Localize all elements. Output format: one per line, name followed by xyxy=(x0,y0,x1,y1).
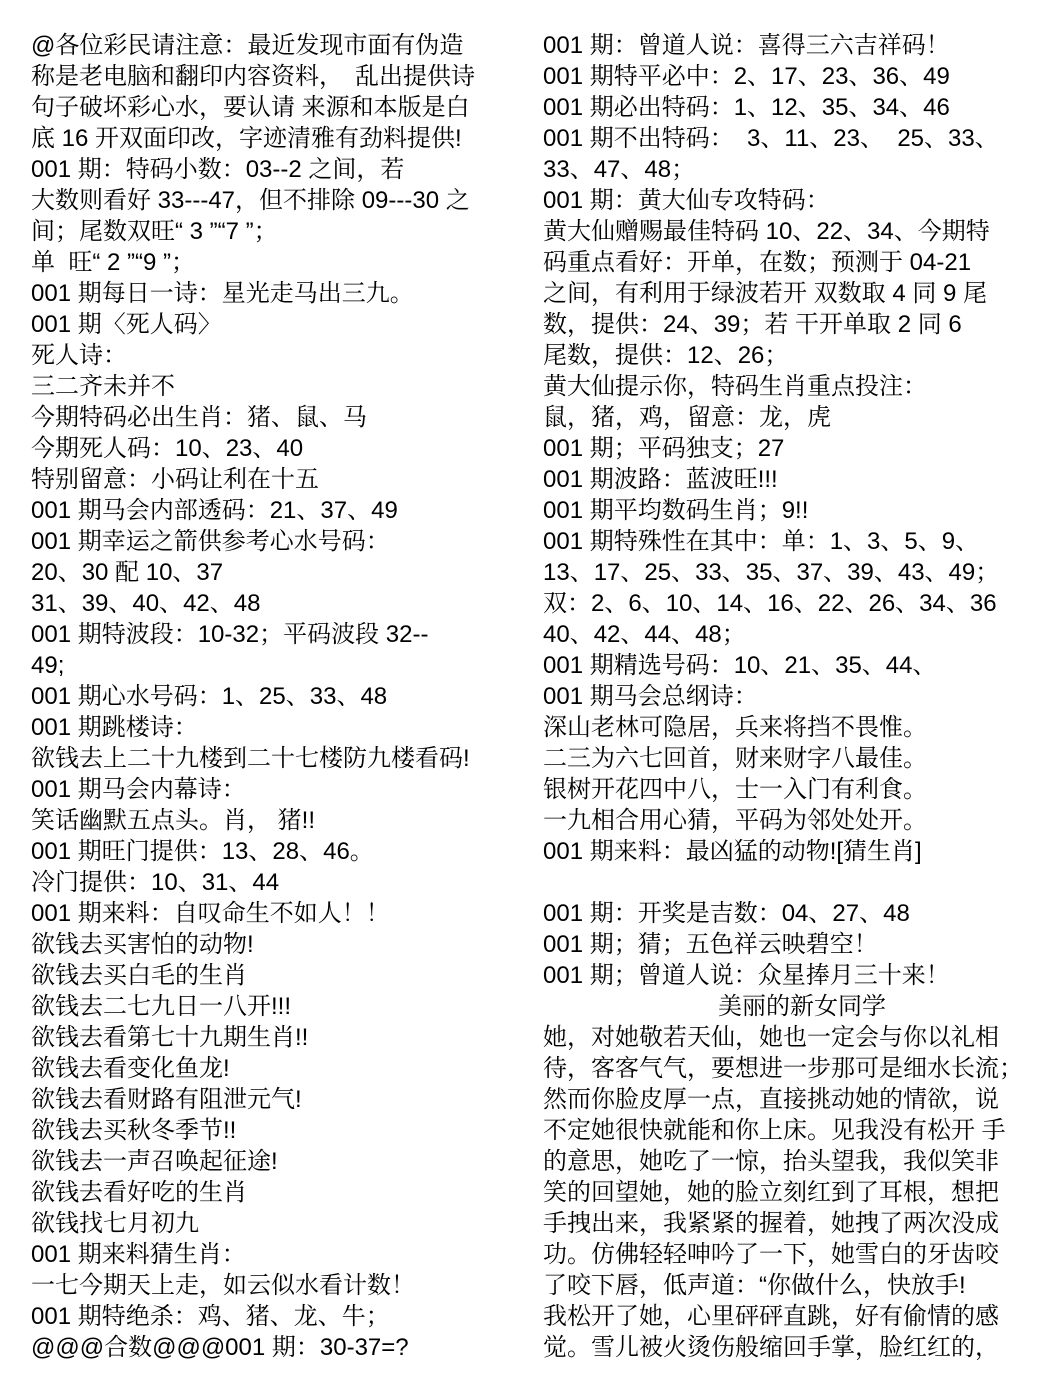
text-line: 001 期特平必中：2、17、23、36、49 xyxy=(543,61,1041,92)
text-line: 冷门提供：10、31、44 xyxy=(31,867,523,898)
text-line: 数，提供：24、39；若 干开单取 2 同 6 xyxy=(543,309,1041,340)
text-line: 欲钱去买白毛的生肖 xyxy=(31,960,523,991)
text-line: 001 期来料：最凶猛的动物![猜生肖] xyxy=(543,836,1041,867)
text-line: 001 期来料猜生肖： xyxy=(31,1239,523,1270)
poem-line: 一九相合用心猜，平码为邻处处开。 xyxy=(543,805,1041,836)
text-line: 间；尾数双旺“ 3 ”“7 ”； xyxy=(31,216,523,247)
text-line: 之间，有利用于绿波若开 双数取 4 同 9 尾 xyxy=(543,278,1041,309)
text-line: 欲钱去一声召唤起征途! xyxy=(31,1146,523,1177)
text-line: 欲钱去看第七十九期生肖!! xyxy=(31,1022,523,1053)
section-heading: 001 期〈死人码〉 xyxy=(31,309,523,340)
story-line: 待，客客气气，要想进一步那可是细水长流； xyxy=(543,1053,1041,1084)
story-line: 手拽出来，我紧紧的握着，她拽了两次没成 xyxy=(543,1208,1041,1239)
text-line: 001 期：曾道人说：喜得三六吉祥码！ xyxy=(543,30,1041,61)
text-line: 001 期：黄大仙专攻特码： xyxy=(543,185,1041,216)
text-line: 20、30 配 10、37 xyxy=(31,557,523,588)
text-line: 13、17、25、33、35、37、39、43、49； xyxy=(543,557,1041,588)
text-line: 001 期；平码独支；27 xyxy=(543,433,1041,464)
left-column: @各位彩民请注意：最近发现市面有伪造 称是老电脑和翻印内容资料， 乱出提供诗 句… xyxy=(31,30,523,1363)
text-line: 码重点看好：开单，在数；预测于 04-21 xyxy=(543,247,1041,278)
text-line: 001 期；曾道人说：众星捧月三十来！ xyxy=(543,960,1041,991)
text-line: 001 期：特码小数：03--2 之间，若 xyxy=(31,154,523,185)
text-line: 001 期跳楼诗： xyxy=(31,712,523,743)
text-line: 死人诗： xyxy=(31,340,523,371)
notice-line: 底 16 开双面印改，字迹清雅有劲料提供! xyxy=(31,123,523,154)
text-line: 欲钱去买秋冬季节!! xyxy=(31,1115,523,1146)
tip-sheet-page: @各位彩民请注意：最近发现市面有伪造 称是老电脑和翻印内容资料， 乱出提供诗 句… xyxy=(0,0,1041,1388)
text-line: 001 期：开奖是吉数：04、27、48 xyxy=(543,898,1041,929)
text-line: 001 期马会内幕诗： xyxy=(31,774,523,805)
text-line: 001 期心水号码：1、25、33、48 xyxy=(31,681,523,712)
text-line: 大数则看好 33---47，但不排除 09---30 之 xyxy=(31,185,523,216)
text-line: 双：2、6、10、14、16、22、26、34、36 xyxy=(543,588,1041,619)
text-line: 特别留意：小码让利在十五 xyxy=(31,464,523,495)
text-line: 欲钱去二七九日一八开!!! xyxy=(31,991,523,1022)
story-line: 笑的回望她，她的脸立刻红到了耳根，想把 xyxy=(543,1177,1041,1208)
text-line: 单 旺“ 2 ”“9 ”； xyxy=(31,247,523,278)
text-line: 001 期波路：蓝波旺!!! xyxy=(543,464,1041,495)
text-line: 001 期必出特码：1、12、35、34、46 xyxy=(543,92,1041,123)
text-line: 今期特码必出生肖：猪、鼠、马 xyxy=(31,402,523,433)
text-line: 001 期不出特码： 3、11、23、 25、33、 xyxy=(543,123,1041,154)
text-line: 三二齐未并不 xyxy=(31,371,523,402)
text-line: 欲钱去看财路有阻泄元气! xyxy=(31,1084,523,1115)
text-line: 001 期特殊性在其中：单：1、3、5、9、 xyxy=(543,526,1041,557)
text-line: 黄大仙赠赐最佳特码 10、22、34、今期特 xyxy=(543,216,1041,247)
text-line: 001 期；猜；五色祥云映碧空！ xyxy=(543,929,1041,960)
text-line: 尾数，提供：12、26； xyxy=(543,340,1041,371)
text-line: 001 期特绝杀：鸡、猪、龙、牛； xyxy=(31,1301,523,1332)
text-line: 鼠，猪，鸡，留意：龙，虎 xyxy=(543,402,1041,433)
text-line: 001 期每日一诗：星光走马出三九。 xyxy=(31,278,523,309)
story-line: 的意思，她吃了一惊，抬头望我，我似笑非 xyxy=(543,1146,1041,1177)
poem-line: 二三为六七回首，财来财字八最佳。 xyxy=(543,743,1041,774)
text-line: 33、47、48； xyxy=(543,154,1041,185)
story-line: 我松开了她，心里砰砰直跳，好有偷情的感 xyxy=(543,1301,1041,1332)
story-line: 然而你脸皮厚一点，直接挑动她的情欲，说 xyxy=(543,1084,1041,1115)
text-line: 欲钱去上二十九楼到二十七楼防九楼看码! xyxy=(31,743,523,774)
text-line: 001 期特波段：10-32；平码波段 32-- xyxy=(31,619,523,650)
text-line: 001 期幸运之箭供参考心水号码： xyxy=(31,526,523,557)
text-line: 001 期旺门提供：13、28、46。 xyxy=(31,836,523,867)
text-line: 欲钱找七月初九 xyxy=(31,1208,523,1239)
text-line: 一七今期天上走，如云似水看计数！ xyxy=(31,1270,523,1301)
text-line: 001 期来料：自叹命生不如人！！ xyxy=(31,898,523,929)
text-line: 001 期平均数码生肖；9!! xyxy=(543,495,1041,526)
text-line: 49; xyxy=(31,650,523,681)
notice-line: 称是老电脑和翻印内容资料， 乱出提供诗 xyxy=(31,61,523,92)
text-line: 今期死人码：10、23、40 xyxy=(31,433,523,464)
blank-line xyxy=(543,867,1041,898)
story-line: 了咬下唇，低声道：“你做什么，快放手! xyxy=(543,1270,1041,1301)
story-line: 她，对她敬若天仙，她也一定会与你以礼相 xyxy=(543,1022,1041,1053)
text-line: 001 期精选号码：10、21、35、44、 xyxy=(543,650,1041,681)
poem-line: 银树开花四中八，士一入门有利食。 xyxy=(543,774,1041,805)
story-title: 美丽的新女同学 xyxy=(543,991,1041,1022)
text-line: 欲钱去看好吃的生肖 xyxy=(31,1177,523,1208)
poem-heading: 001 期马会总纲诗： xyxy=(543,681,1041,712)
story-line: 觉。雪儿被火烫伤般缩回手掌，脸红红的， xyxy=(543,1332,1041,1363)
text-line: 40、42、44、48； xyxy=(543,619,1041,650)
text-line: 001 期马会内部透码：21、37、49 xyxy=(31,495,523,526)
notice-line: 句子破坏彩心水，要认请 来源和本版是白 xyxy=(31,92,523,123)
notice-line: @各位彩民请注意：最近发现市面有伪造 xyxy=(31,30,523,61)
story-line: 不定她很快就能和你上床。见我没有松开 手 xyxy=(543,1115,1041,1146)
text-line: 欲钱去买害怕的动物! xyxy=(31,929,523,960)
text-line: 31、39、40、42、48 xyxy=(31,588,523,619)
text-line: 笑话幽默五点头。肖， 猪!! xyxy=(31,805,523,836)
text-line: 黄大仙提示你，特码生肖重点投注： xyxy=(543,371,1041,402)
poem-line: 深山老林可隐居，兵来将挡不畏惟。 xyxy=(543,712,1041,743)
text-line: @@@合数@@@001 期：30-37=? xyxy=(31,1332,523,1363)
right-column: 001 期：曾道人说：喜得三六吉祥码！ 001 期特平必中：2、17、23、36… xyxy=(543,30,1041,1363)
story-line: 功。仿佛轻轻呻吟了一下，她雪白的牙齿咬 xyxy=(543,1239,1041,1270)
text-line: 欲钱去看变化鱼龙! xyxy=(31,1053,523,1084)
